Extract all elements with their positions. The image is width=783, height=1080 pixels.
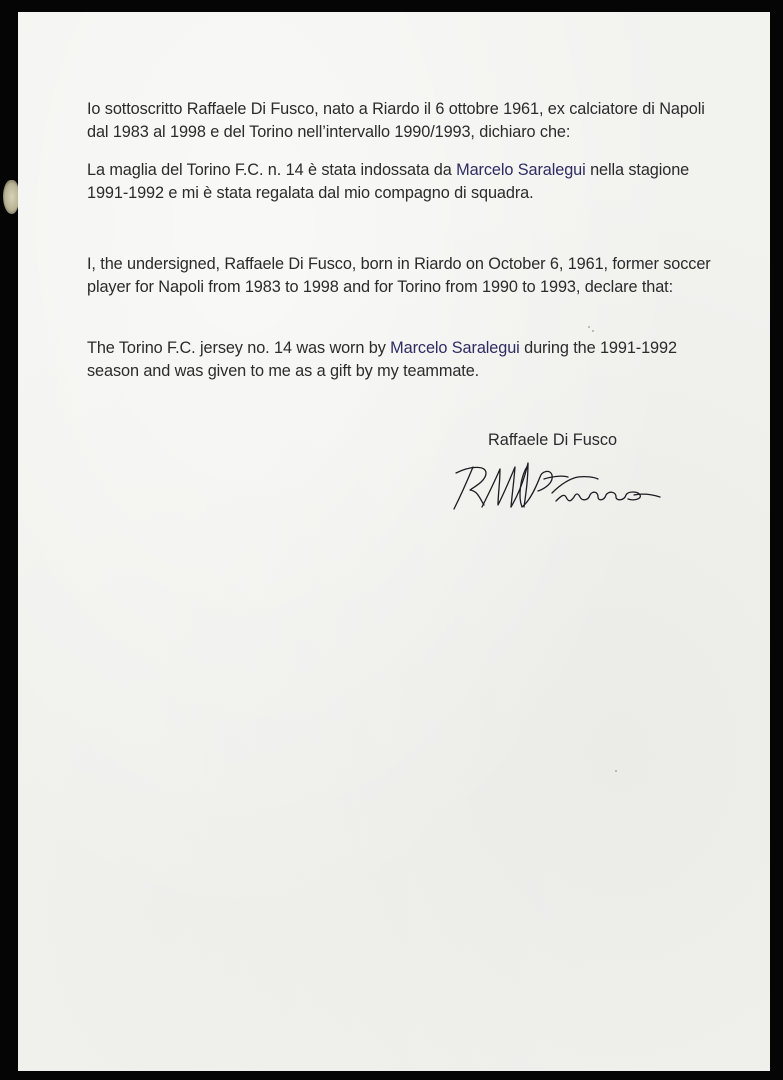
- scan-speck: [615, 770, 617, 772]
- english-intro-paragraph: I, the undersigned, Raffaele Di Fusco, b…: [87, 253, 727, 299]
- english-player-name: Marcelo Saralegui: [390, 339, 520, 357]
- english-intro-text: I, the undersigned, Raffaele Di Fusco, b…: [87, 253, 727, 299]
- italian-player-name: Marcelo Saralegui: [456, 161, 586, 179]
- signatory-printed-name: Raffaele Di Fusco: [488, 429, 708, 452]
- document-page: Io sottoscritto Raffaele Di Fusco, nato …: [18, 12, 770, 1071]
- italian-jersey-text-before: La maglia del Torino F.C. n. 14 è stata …: [87, 161, 456, 179]
- english-jersey-paragraph: The Torino F.C. jersey no. 14 was worn b…: [87, 337, 727, 383]
- english-jersey-text-before: The Torino F.C. jersey no. 14 was worn b…: [87, 339, 390, 357]
- english-jersey-sentence: The Torino F.C. jersey no. 14 was worn b…: [87, 337, 727, 383]
- scan-background: Io sottoscritto Raffaele Di Fusco, nato …: [0, 0, 783, 1080]
- italian-intro-text: Io sottoscritto Raffaele Di Fusco, nato …: [87, 98, 727, 144]
- handwritten-signature-icon: [448, 457, 663, 517]
- scan-debris-mark: [3, 180, 19, 214]
- scan-speck: [592, 330, 594, 332]
- italian-jersey-paragraph: La maglia del Torino F.C. n. 14 è stata …: [87, 159, 727, 205]
- italian-intro-paragraph: Io sottoscritto Raffaele Di Fusco, nato …: [87, 98, 727, 144]
- italian-jersey-sentence: La maglia del Torino F.C. n. 14 è stata …: [87, 159, 727, 205]
- scan-speck: [588, 326, 590, 328]
